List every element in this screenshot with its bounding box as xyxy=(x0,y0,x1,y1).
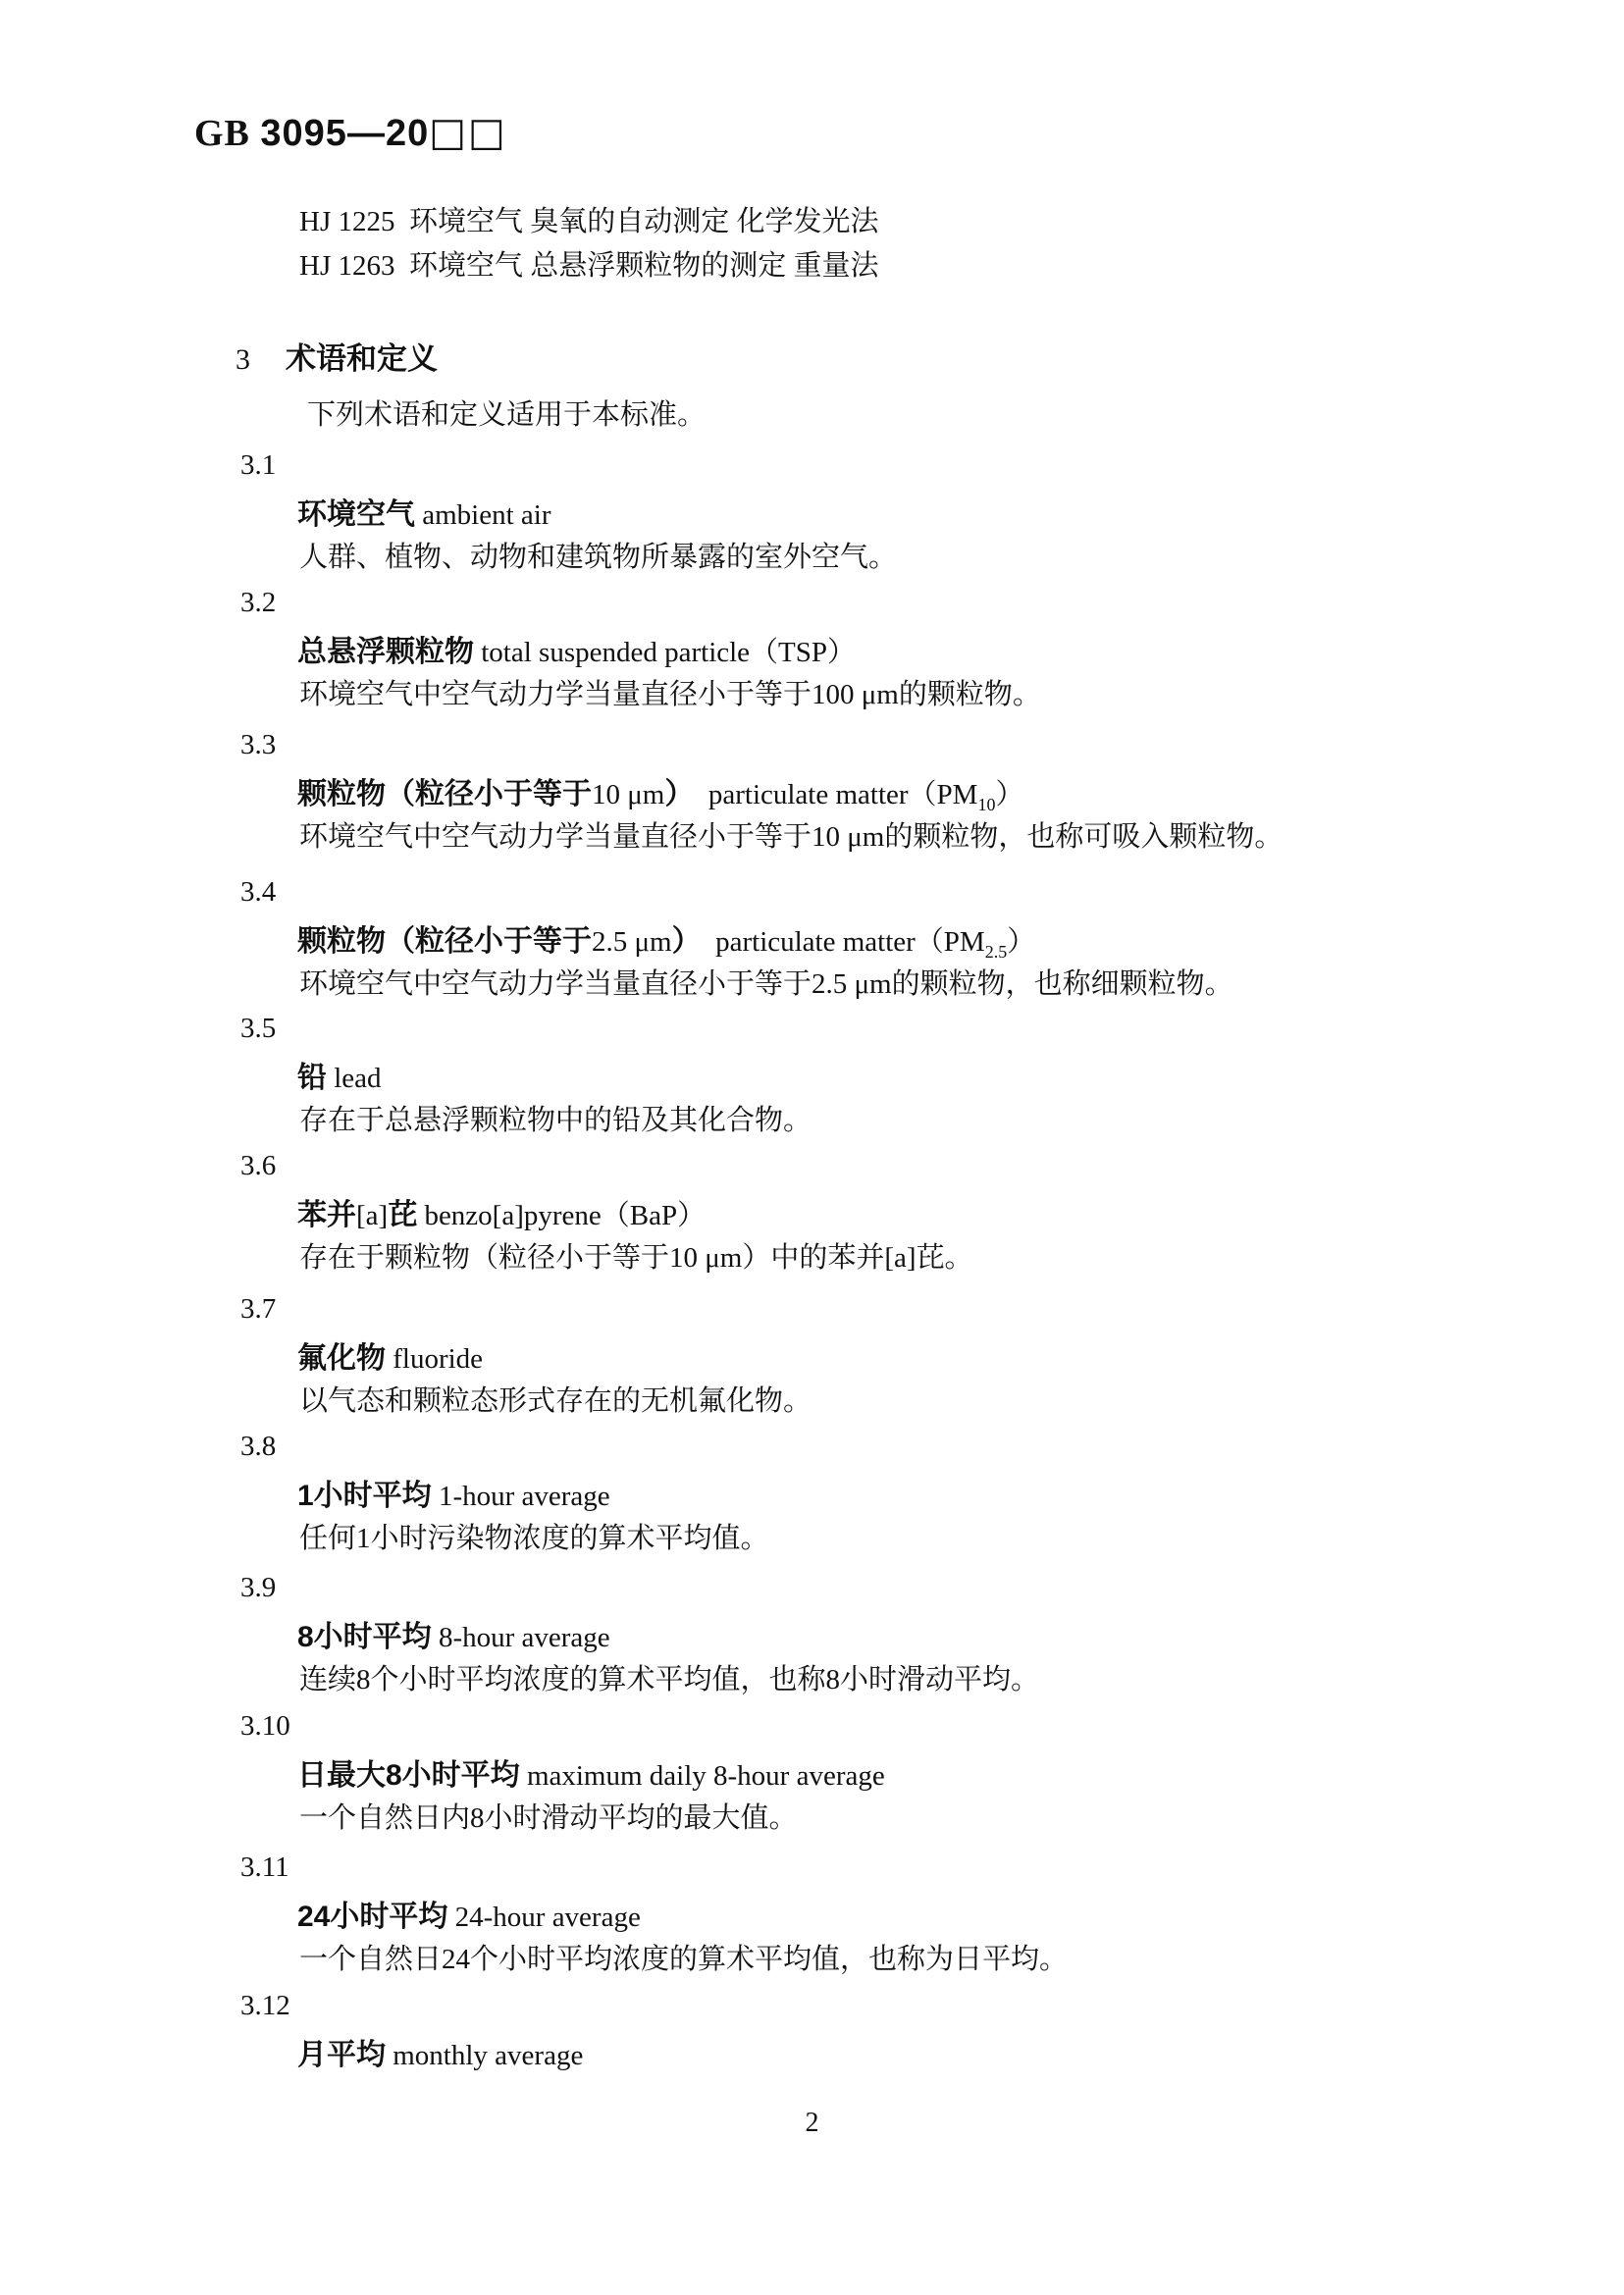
term-en: lead xyxy=(327,1063,382,1094)
term-number: 3.6 xyxy=(240,1150,1555,1190)
term-en: ambient air xyxy=(415,499,551,531)
term-number: 3.5 xyxy=(240,1013,1555,1053)
term-item-3-7: 3.7 氟化物 fluoride 以气态和颗粒态形式存在的无机氟化物。 xyxy=(240,1293,1555,1419)
page-number: 2 xyxy=(0,2108,1624,2139)
term-number: 3.4 xyxy=(240,876,1555,916)
term-definition: 存在于总悬浮颗粒物中的铅及其化合物。 xyxy=(240,1098,1555,1138)
term-title: 8小时平均 8-hour average xyxy=(240,1612,1555,1657)
term-title: 颗粒物（粒径小于等于2.5 μm） particulate matter（PM2… xyxy=(240,916,1555,962)
term-definition: 环境空气中空气动力学当量直径小于等于100 μm的颗粒物。 xyxy=(240,672,1555,712)
term-title: 总悬浮颗粒物 total suspended particle（TSP） xyxy=(240,627,1555,672)
term-zh-close: 芘 xyxy=(388,1199,417,1231)
term-zh: 月平均 xyxy=(297,2039,386,2071)
term-size-value: 2.5 μm xyxy=(592,926,672,958)
term-size-value: 10 μm xyxy=(592,779,664,810)
term-number: 3.8 xyxy=(240,1431,1555,1471)
term-zh: 铅 xyxy=(297,1062,327,1094)
term-zh: 氟化物 xyxy=(297,1342,386,1375)
term-en: monthly average xyxy=(386,2040,583,2071)
header-year-placeholder-boxes: □□ xyxy=(429,110,507,155)
header-standard-number: 3095—20 xyxy=(260,113,429,154)
term-item-3-12: 3.12 月平均 monthly average xyxy=(240,1990,1555,2075)
term-title: 月平均 monthly average xyxy=(240,2030,1555,2075)
term-zh: 日最大8小时平均 xyxy=(297,1759,520,1792)
term-number: 3.11 xyxy=(240,1852,1555,1892)
term-item-3-6: 3.6 苯并[a]芘 benzo[a]pyrene（BaP） 存在于颗粒物（粒径… xyxy=(240,1150,1555,1276)
term-zh: 颗粒物（粒径小于等于 xyxy=(297,925,592,958)
term-definition: 一个自然日内8小时滑动平均的最大值。 xyxy=(240,1796,1555,1836)
section-intro: 下列术语和定义适用于本标准。 xyxy=(307,392,706,433)
term-item-3-3: 3.3 颗粒物（粒径小于等于10 μm） particulate matter（… xyxy=(240,729,1555,855)
term-definition: 环境空气中空气动力学当量直径小于等于10 μm的颗粒物，也称可吸入颗粒物。 xyxy=(240,814,1555,855)
section-number: 3 xyxy=(236,343,250,376)
section-title: 术语和定义 xyxy=(286,341,438,376)
term-en-subscript: 2.5 xyxy=(985,942,1007,962)
term-number: 3.2 xyxy=(240,587,1555,627)
term-title: 苯并[a]芘 benzo[a]pyrene（BaP） xyxy=(240,1190,1555,1235)
reference-line: HJ 1225 环境空气 臭氧的自动测定 化学发光法 xyxy=(299,199,878,243)
term-en: maximum daily 8-hour average xyxy=(520,1760,885,1792)
term-number: 3.3 xyxy=(240,729,1555,769)
term-zh: 24小时平均 xyxy=(297,1901,447,1933)
term-number: 3.9 xyxy=(240,1572,1555,1612)
section-heading: 3术语和定义 xyxy=(236,334,438,378)
term-item-3-10: 3.10 日最大8小时平均 maximum daily 8-hour avera… xyxy=(240,1710,1555,1836)
term-zh: 1小时平均 xyxy=(297,1480,432,1512)
term-number: 3.12 xyxy=(240,1990,1555,2030)
term-en: 24-hour average xyxy=(447,1902,640,1933)
term-zh-close: ） xyxy=(672,925,702,958)
term-definition: 环境空气中空气动力学当量直径小于等于2.5 μm的颗粒物，也称细颗粒物。 xyxy=(240,962,1555,1002)
term-en: particulate matter（PM xyxy=(702,926,985,958)
term-zh: 环境空气 xyxy=(297,498,415,531)
term-definition: 任何1小时污染物浓度的算术平均值。 xyxy=(240,1516,1555,1556)
term-number: 3.1 xyxy=(240,449,1555,490)
term-item-3-4: 3.4 颗粒物（粒径小于等于2.5 μm） particulate matter… xyxy=(240,876,1555,1002)
normative-references: HJ 1225 环境空气 臭氧的自动测定 化学发光法 HJ 1263 环境空气 … xyxy=(299,199,878,287)
term-en: particulate matter（PM xyxy=(694,779,977,810)
term-en: benzo[a]pyrene（BaP） xyxy=(417,1200,706,1231)
term-en: total suspended particle（TSP） xyxy=(474,637,856,668)
term-zh: 总悬浮颗粒物 xyxy=(297,636,474,668)
term-bracket: [a] xyxy=(356,1200,388,1231)
document-code-header: GB 3095—20□□ xyxy=(194,110,507,155)
term-item-3-9: 3.9 8小时平均 8-hour average 连续8个小时平均浓度的算术平均… xyxy=(240,1572,1555,1697)
term-en-subscript: 10 xyxy=(977,795,995,814)
term-zh: 8小时平均 xyxy=(297,1621,432,1653)
term-en: 1-hour average xyxy=(432,1481,610,1512)
term-definition: 人群、植物、动物和建筑物所暴露的室外空气。 xyxy=(240,535,1555,575)
term-number: 3.10 xyxy=(240,1710,1555,1750)
reference-line: HJ 1263 环境空气 总悬浮颗粒物的测定 重量法 xyxy=(299,243,878,287)
term-definition: 存在于颗粒物（粒径小于等于10 μm）中的苯并[a]芘。 xyxy=(240,1235,1555,1276)
term-item-3-2: 3.2 总悬浮颗粒物 total suspended particle（TSP）… xyxy=(240,587,1555,712)
term-en-close: ） xyxy=(995,779,1023,810)
header-gb-prefix: GB xyxy=(194,113,260,154)
term-title: 环境空气 ambient air xyxy=(240,490,1555,535)
term-zh-close: ） xyxy=(664,778,694,810)
term-definition: 一个自然日24个小时平均浓度的算术平均值，也称为日平均。 xyxy=(240,1937,1555,1977)
term-zh: 苯并 xyxy=(297,1199,356,1231)
term-item-3-5: 3.5 铅 lead 存在于总悬浮颗粒物中的铅及其化合物。 xyxy=(240,1013,1555,1138)
term-definition: 连续8个小时平均浓度的算术平均值，也称8小时滑动平均。 xyxy=(240,1657,1555,1697)
term-item-3-8: 3.8 1小时平均 1-hour average 任何1小时污染物浓度的算术平均… xyxy=(240,1431,1555,1556)
term-title: 氟化物 fluoride xyxy=(240,1333,1555,1379)
term-en: 8-hour average xyxy=(432,1622,610,1653)
term-item-3-11: 3.11 24小时平均 24-hour average 一个自然日24个小时平均… xyxy=(240,1852,1555,1977)
term-title: 日最大8小时平均 maximum daily 8-hour average xyxy=(240,1750,1555,1796)
term-definition: 以气态和颗粒态形式存在的无机氟化物。 xyxy=(240,1379,1555,1419)
term-en-close: ） xyxy=(1007,926,1035,958)
term-title: 24小时平均 24-hour average xyxy=(240,1892,1555,1937)
term-title: 颗粒物（粒径小于等于10 μm） particulate matter（PM10… xyxy=(240,769,1555,814)
term-item-3-1: 3.1 环境空气 ambient air 人群、植物、动物和建筑物所暴露的室外空… xyxy=(240,449,1555,575)
term-title: 1小时平均 1-hour average xyxy=(240,1471,1555,1516)
term-title: 铅 lead xyxy=(240,1053,1555,1098)
term-number: 3.7 xyxy=(240,1293,1555,1333)
term-en: fluoride xyxy=(386,1343,483,1375)
term-zh: 颗粒物（粒径小于等于 xyxy=(297,778,592,810)
standard-document-page: GB 3095—20□□ HJ 1225 环境空气 臭氧的自动测定 化学发光法 … xyxy=(0,0,1624,2295)
